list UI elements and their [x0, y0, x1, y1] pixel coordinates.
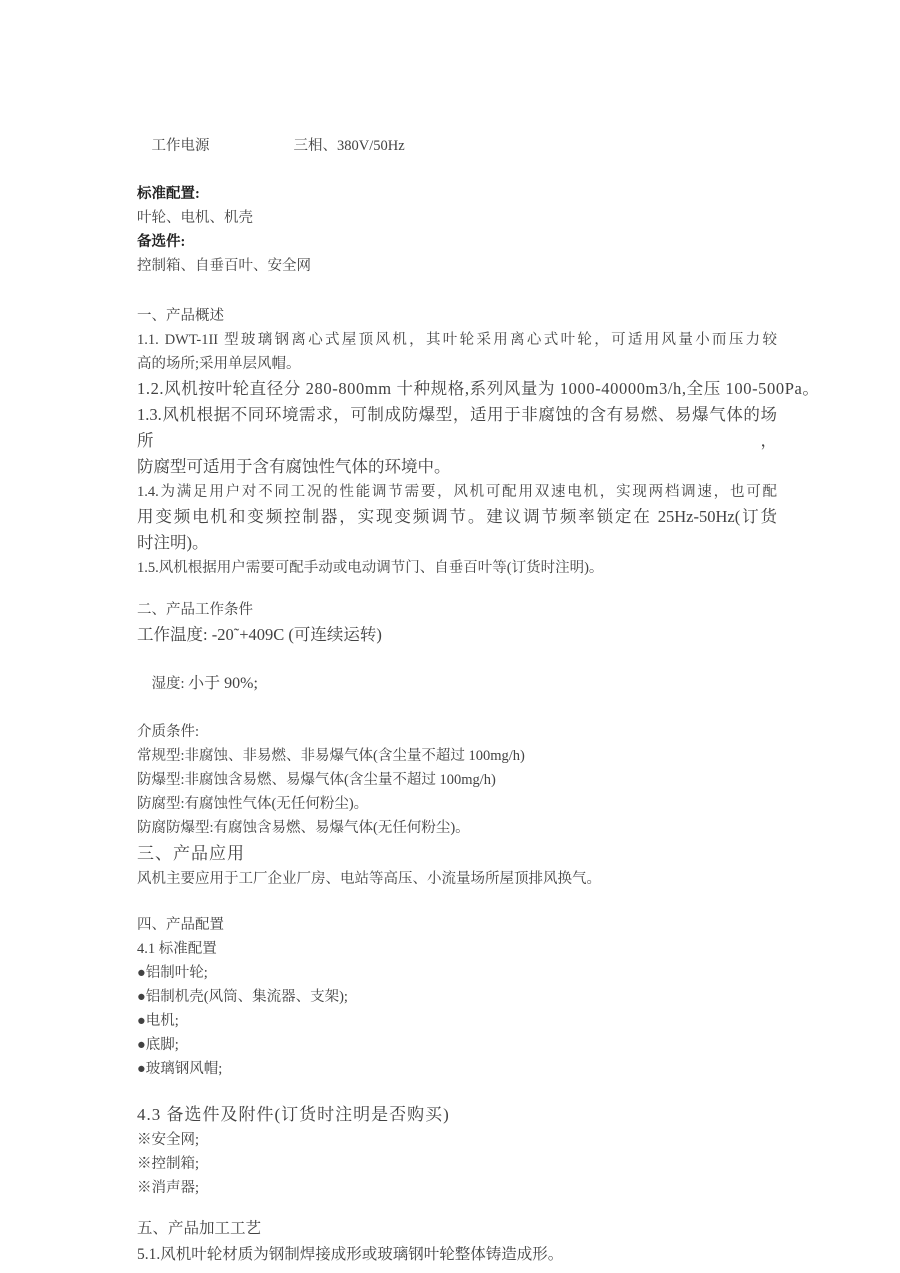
configuration-standard-subheading: 4.1 标准配置 [137, 937, 777, 961]
standard-config-item: ●电机; [137, 1009, 777, 1033]
spec-standard-config-value: 叶轮、电机、机壳 [137, 206, 777, 230]
spacer [137, 580, 777, 598]
optional-config-item: ※消声器; [137, 1176, 777, 1200]
spec-standard-config-label: 标准配置: [137, 182, 777, 206]
section-configuration-heading: 四、产品配置 [137, 913, 777, 937]
condition-humidity-label: 湿度: [152, 676, 189, 692]
spec-power-label: 工作电源 [152, 134, 294, 158]
standard-config-item: ●底脚; [137, 1033, 777, 1057]
para-1-4-line-3: 时注明)。 [137, 530, 777, 556]
para-1-1-line-2: 高的场所;采用单层风帽。 [137, 352, 777, 376]
spec-options-label: 备选件: [137, 230, 777, 254]
standard-config-item: ●铝制机壳(风筒、集流器、支架); [137, 985, 777, 1009]
section-process-heading: 五、产品加工工艺 [137, 1216, 777, 1242]
condition-medium-label: 介质条件: [137, 720, 777, 744]
para-1-3-line-2: 防腐型可适用于含有腐蚀性气体的环境中。 [137, 454, 777, 480]
spec-power-value: 三相、380V/50Hz [294, 138, 405, 154]
para-1-3-line-1: 1.3.风机根据不同环境需求，可制成防爆型，适用于非腐蚀的含有易燃、易爆气体的场… [137, 402, 777, 454]
optional-config-item: ※控制箱; [137, 1152, 777, 1176]
spec-options-value: 控制箱、自垂百叶、安全网 [137, 254, 777, 278]
optional-config-item: ※安全网; [137, 1128, 777, 1152]
standard-config-item: ●铝制叶轮; [137, 961, 777, 985]
section-overview-heading: 一、产品概述 [137, 304, 777, 328]
section-application-heading: 三、产品应用 [137, 840, 777, 867]
section-conditions-heading: 二、产品工作条件 [137, 598, 777, 622]
condition-temperature: 工作温度: -20˜+409C (可连续运转) [137, 622, 777, 648]
process-body: 5.1.风机叶轮材质为钢制焊接成形或玻璃钢叶轮整体铸造成形。 [137, 1242, 777, 1268]
condition-humidity-value: 小于 90%; [188, 675, 258, 692]
spacer [137, 1081, 777, 1101]
para-1-2: 1.2.风机按叶轮直径分 280-800mm 十种规格,系列风量为 1000-4… [137, 376, 777, 402]
para-1-4-line-1: 1.4.为满足用户对不同工况的性能调节需要，风机可配用双速电机，实现两档调速，也… [137, 480, 777, 504]
condition-type-explosion-proof: 防爆型:非腐蚀含易燃、易爆气体(含尘量不超过 100mg/h) [137, 768, 777, 792]
para-1-4-line-2: 用变频电机和变频控制器，实现变频调节。建议调节频率锁定在 25Hz-50Hz(订… [137, 504, 777, 530]
spacer [137, 1200, 777, 1216]
para-1-5: 1.5.风机根据用户需要可配手动或电动调节门、自垂百叶等(订货时注明)。 [137, 556, 777, 580]
standard-config-item: ●玻璃钢风帽; [137, 1057, 777, 1081]
condition-humidity: 湿度: 小于 90%; [137, 648, 777, 720]
condition-type-anti-corrosion: 防腐型:有腐蚀性气体(无任何粉尘)。 [137, 792, 777, 816]
condition-type-normal: 常规型:非腐蚀、非易燃、非易爆气体(含尘量不超过 100mg/h) [137, 744, 777, 768]
application-body: 风机主要应用于工厂企业厂房、电站等高压、小流量场所屋顶排风换气。 [137, 867, 777, 891]
condition-type-anti-corrosion-explosion-proof: 防腐防爆型:有腐蚀含易燃、易爆气体(无任何粉尘)。 [137, 816, 777, 840]
para-1-1-line-1: 1.1. DWT-1II 型玻璃钢离心式屋顶风机，其叶轮采用离心式叶轮，可适用风… [137, 328, 777, 352]
spacer [137, 278, 777, 304]
spacer [137, 891, 777, 913]
configuration-optional-subheading: 4.3 备选件及附件(订货时注明是否购买) [137, 1101, 777, 1128]
spec-power-row: 工作电源三相、380V/50Hz [137, 110, 777, 182]
document-page: 工作电源三相、380V/50Hz 标准配置: 叶轮、电机、机壳 备选件: 控制箱… [0, 0, 900, 1273]
